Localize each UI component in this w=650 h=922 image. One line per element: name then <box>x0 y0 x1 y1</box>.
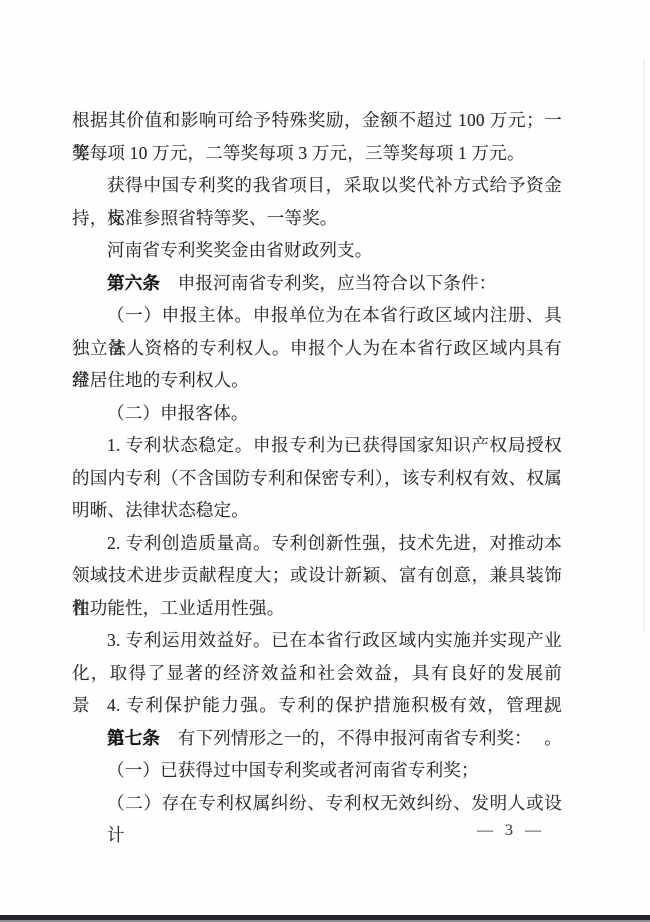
text-line: 4. 专利保护能力强。专利的保护措施积极有效，管理规范。 <box>72 689 562 722</box>
text-line: 3. 专利运用效益好。已在本省行政区域内实施并实现产业 <box>72 624 562 657</box>
text-line: 第六条 申报河南省专利奖，应当符合以下条件： <box>72 267 562 300</box>
page-number: — 3 — <box>477 819 545 843</box>
text-segment: 明晰、法律状态稳定。 <box>72 500 249 520</box>
text-line: 领域技术进步贡献程度大；或设计新颖、富有创意，兼具装饰性 <box>72 559 562 592</box>
text-line: （一）已获得过中国专利奖或者河南省专利奖； <box>72 754 562 787</box>
text-line: 根据其价值和影响可给予特殊奖励，金额不超过 100 万元；一等 <box>72 104 562 137</box>
text-segment: 3. 专利运用效益好。已在本省行政区域内实施并实现产业 <box>107 630 562 650</box>
article-number: 第七条 <box>107 728 160 748</box>
text-segment: 持，标准参照省特等奖、一等奖。 <box>72 208 338 228</box>
text-line: 2. 专利创造质量高。专利创新性强，技术先进，对推动本 <box>72 527 562 560</box>
text-segment: 2. 专利创造质量高。专利创新性强，技术先进，对推动本 <box>107 533 562 553</box>
text-line: 化，取得了显著的经济效益和社会效益，具有良好的发展前景。 <box>72 657 562 690</box>
text-segment: 1. 专利状态稳定。申报专利为已获得国家知识产权局授权 <box>107 435 562 455</box>
text-line: 独立法人资格的专利权人。申报个人为在本省行政区域内具有经 <box>72 332 562 365</box>
text-line: 第七条 有下列情形之一的，不得申报河南省专利奖： <box>72 722 562 755</box>
text-line: （一）申报主体。申报单位为在本省行政区域内注册、具备 <box>72 299 562 332</box>
text-segment: 的国内专利（不含国防专利和保密专利），该专利权有效、权属 <box>72 468 562 488</box>
document-body: 根据其价值和影响可给予特殊奖励，金额不超过 100 万元；一等奖每项 10 万元… <box>72 104 562 819</box>
text-line: 明晰、法律状态稳定。 <box>72 494 562 527</box>
article-number: 第六条 <box>107 273 160 293</box>
text-line: 持，标准参照省特等奖、一等奖。 <box>72 202 562 235</box>
text-segment: 河南省专利奖奖金由省财政列支。 <box>107 240 373 260</box>
text-line: 获得中国专利奖的我省项目，采取以奖代补方式给予资金支 <box>72 169 562 202</box>
text-segment: 和功能性，工业适用性强。 <box>72 598 284 618</box>
text-line: 河南省专利奖奖金由省财政列支。 <box>72 234 562 267</box>
scan-artifact-vertical-line <box>643 58 645 633</box>
text-line: 奖每项 10 万元，二等奖每项 3 万元，三等奖每项 1 万元。 <box>72 137 562 170</box>
text-line: 1. 专利状态稳定。申报专利为已获得国家知识产权局授权 <box>72 429 562 462</box>
scanned-document-page: 根据其价值和影响可给予特殊奖励，金额不超过 100 万元；一等奖每项 10 万元… <box>0 0 650 922</box>
text-segment: 奖每项 10 万元，二等奖每项 3 万元，三等奖每项 1 万元。 <box>72 143 525 163</box>
text-segment: 申报河南省专利奖，应当符合以下条件： <box>160 273 496 293</box>
text-line: 的国内专利（不含国防专利和保密专利），该专利权有效、权属 <box>72 462 562 495</box>
text-line: （二）申报客体。 <box>72 397 562 430</box>
text-line: （二）存在专利权属纠纷、专利权无效纠纷、发明人或设计 <box>72 787 562 820</box>
text-segment: 有下列情形之一的，不得申报河南省专利奖： <box>160 728 532 748</box>
text-segment: 常居住地的专利权人。 <box>72 370 249 390</box>
text-line: 和功能性，工业适用性强。 <box>72 592 562 625</box>
text-line: 常居住地的专利权人。 <box>72 364 562 397</box>
text-segment: （一）已获得过中国专利奖或者河南省专利奖； <box>107 760 479 780</box>
text-segment: （二）申报客体。 <box>107 403 249 423</box>
